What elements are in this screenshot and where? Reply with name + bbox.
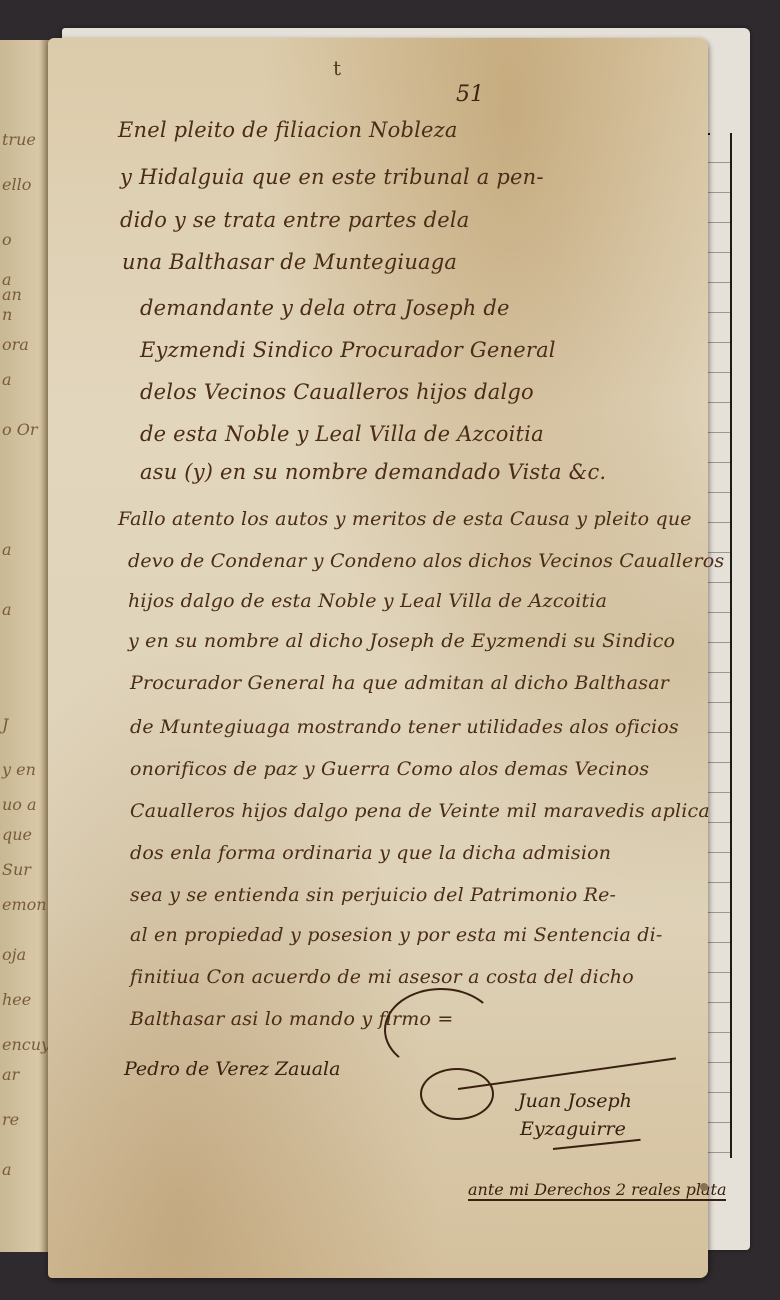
scale-ruler (706, 133, 732, 1158)
facing-page-text: o Or (2, 420, 37, 439)
preamble-line: de esta Noble y Leal Villa de Azcoitia (140, 422, 544, 446)
manuscript-page: t 51 Enel pleito de filiacion Nobleza y … (48, 38, 708, 1278)
ruling-line: Procurador General ha que admitan al dic… (130, 672, 669, 694)
ruling-line: Caualleros hijos dalgo pena de Veinte mi… (130, 800, 710, 822)
facing-page-text: re (2, 1110, 19, 1129)
signature-right-surname: Eyzaguirre (520, 1118, 626, 1140)
facing-page-text: a (2, 370, 12, 389)
preamble-line: Eyzmendi Sindico Procurador General (140, 338, 556, 362)
signature-left: Pedro de Verez Zauala (124, 1058, 340, 1080)
ruling-line: de Muntegiuaga mostrando tener utilidade… (130, 716, 679, 738)
facing-page-text: Sur (2, 860, 31, 879)
ruling-line: onorificos de paz y Guerra Como alos dem… (130, 758, 649, 780)
facing-page-text: uo a (2, 795, 37, 814)
facing-page-text: ello (2, 175, 31, 194)
ruling-line: Fallo atento los autos y meritos de esta… (118, 508, 692, 530)
facing-page-text: J (2, 715, 8, 734)
facing-page-text: ora (2, 335, 29, 354)
folio-number: 51 (456, 82, 484, 107)
ruling-line: al en propiedad y posesion y por esta mi… (130, 924, 663, 946)
facing-page-text: y en (2, 760, 36, 779)
signature-rubric (458, 1057, 676, 1090)
facing-page-text: oja (2, 945, 26, 964)
preamble-line: asu (y) en su nombre demandado Vista &c. (140, 460, 606, 484)
facing-page-text: a (2, 540, 12, 559)
top-mark: t (333, 56, 341, 80)
ruling-line: dos enla forma ordinaria y que la dicha … (130, 842, 611, 864)
preamble-line: una Balthasar de Muntegiuaga (122, 250, 457, 274)
signature-rubric (553, 1139, 641, 1150)
fee-note: ante mi Derechos 2 reales plata (468, 1180, 726, 1201)
signature-flourish (384, 988, 498, 1072)
preamble-line: Enel pleito de filiacion Nobleza (118, 118, 458, 142)
ink-stain (700, 1183, 708, 1191)
preamble-line: dido y se trata entre partes dela (120, 208, 470, 232)
facing-page-text: o (2, 230, 12, 249)
preamble-line: demandante y dela otra Joseph de (140, 296, 510, 320)
ruling-line: devo de Condenar y Condeno alos dichos V… (128, 550, 724, 572)
ruling-line: finitiua Con acuerdo de mi asesor a cost… (130, 966, 634, 988)
facing-page-text: que (2, 825, 32, 844)
ruling-line: sea y se entienda sin perjuicio del Patr… (130, 884, 616, 906)
facing-page-text: true (2, 130, 36, 149)
ruling-line: hijos dalgo de esta Noble y Leal Villa d… (128, 590, 607, 612)
facing-page-text: a (2, 600, 12, 619)
signature-right-name: Juan Joseph (518, 1090, 632, 1112)
ruling-line: y en su nombre al dicho Joseph de Eyzmen… (128, 630, 675, 652)
signature-flourish (420, 1068, 494, 1120)
facing-page-text: a (2, 1160, 12, 1179)
facing-page-text: hee (2, 990, 31, 1009)
facing-page-text: an (2, 285, 22, 304)
preamble-line: y Hidalguia que en este tribunal a pen- (120, 165, 544, 189)
facing-page-text: ar (2, 1065, 19, 1084)
facing-page-text: n (2, 305, 12, 324)
preamble-line: delos Vecinos Caualleros hijos dalgo (140, 380, 534, 404)
